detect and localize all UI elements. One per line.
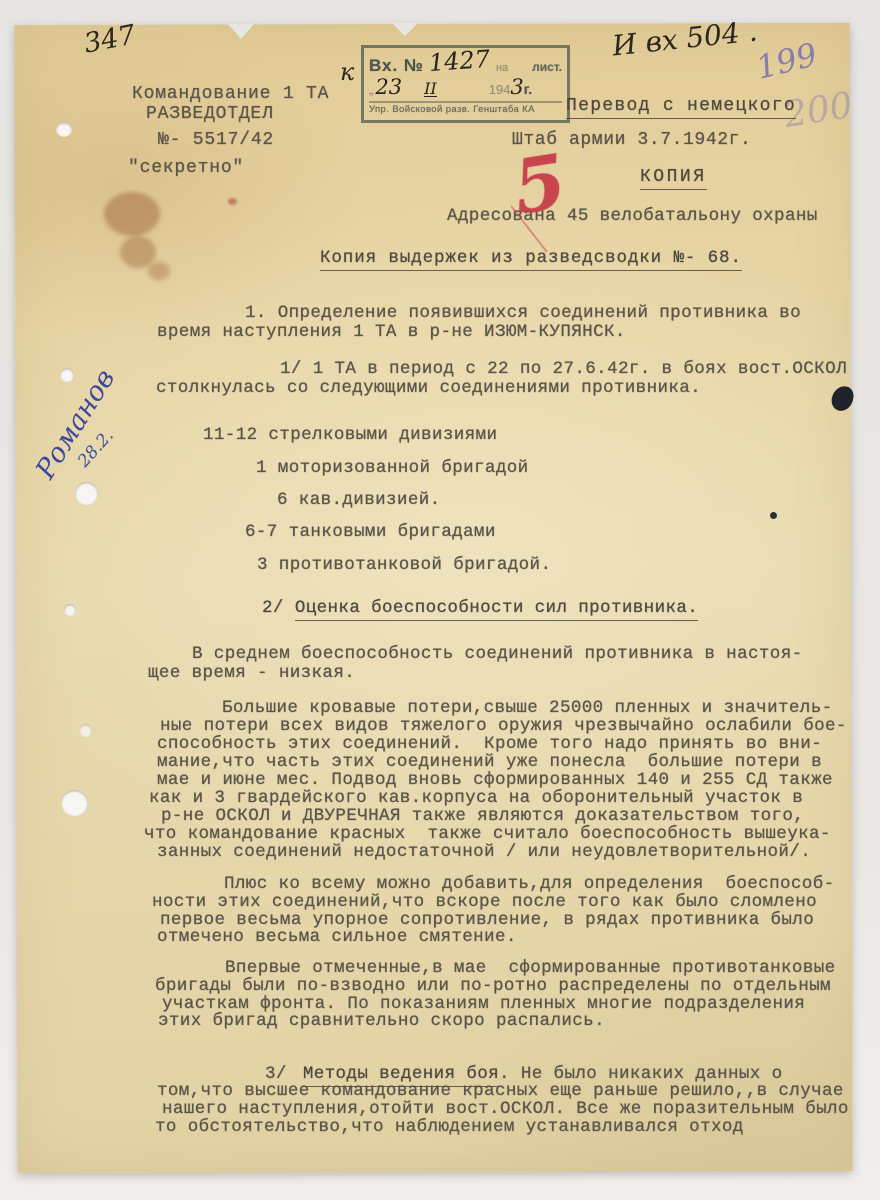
text-line: 1/ 1 ТА в период с 22 по 27.6.42г. в боя… <box>100 360 847 379</box>
section2-paragraph-4: Впервые отмеченные,в мае сформированные … <box>100 960 836 1031</box>
text-line: ные потери всех видов тяжелого оружия чр… <box>100 717 847 735</box>
text-line: р-не ОСКОЛ и ДВУРЕЧНАЯ также являются до… <box>100 807 847 825</box>
text-line: бригады были по-взводно или по-ротно рас… <box>100 978 836 996</box>
rust-stain <box>120 236 156 268</box>
text-line: нашего наступления,отойти вост.ОСКОЛ. Вс… <box>100 1100 849 1118</box>
stamp-quote: „ <box>369 82 373 97</box>
section2-paragraph-3: Плюс ко всему можно добавить,для определ… <box>100 876 835 947</box>
letterhead-line-secret: "секретно" <box>128 158 244 178</box>
text-line: столкнулась со следующими соединениями п… <box>100 379 847 398</box>
stamp-row-number: Вх. № 1427 на лист. <box>369 49 562 77</box>
stamp-number-handwritten: 1427 <box>428 45 491 77</box>
text-line: мае и июне мес. Подвод вновь сформирован… <box>100 771 847 789</box>
stamp-org-line: Упр. Войсковой разв. Генштаба КА <box>369 101 562 115</box>
punch-hole <box>75 482 98 505</box>
copy-label: КОПИЯ <box>640 167 707 190</box>
stamp-list-label: лист. <box>532 60 562 74</box>
letterhead-line-command: Командование 1 ТА <box>132 84 329 104</box>
text-line: мание,что часть этих соединений уже поне… <box>100 753 847 771</box>
ink-dot <box>770 512 777 519</box>
scanned-page-background: 347 И вх 504 . 199 200 к Вх. № 1427 на л… <box>0 0 880 1200</box>
text-line: Большие кровавые потери,свыше 25000 плен… <box>100 699 847 717</box>
enemy-forces-list-item: 1 моторизованной бригадой <box>256 458 529 478</box>
section3-paragraph: том,что высшее командование красных еще … <box>100 1082 849 1137</box>
addressee-line: Адресована 45 велобатальону охраны <box>447 206 818 226</box>
section1-heading: 1. Определение появившихся соединений пр… <box>100 304 801 342</box>
enemy-forces-list-item: 6-7 танковыми бригадами <box>245 522 496 542</box>
text-line: как и 3 гвардейского кав.корпуса на обор… <box>100 789 847 807</box>
section2-paragraph-1: В среднем боеспособность соединений прот… <box>100 645 803 682</box>
text-line: занных соединений недостаточной / или не… <box>100 843 847 861</box>
incoming-registration-stamp: Вх. № 1427 на лист. „ 23 II 194 3 г. Упр… <box>361 45 570 123</box>
enemy-forces-list-item: 3 противотанковой бригадой. <box>257 555 551 575</box>
stamp-day-handwritten: 23 <box>375 75 402 99</box>
section2-heading-text: Оценка боеспособности сил противника. <box>295 598 698 621</box>
paper-tear-notch <box>228 24 254 39</box>
paper-defect <box>56 122 72 137</box>
red-dot-stain <box>228 198 237 205</box>
text-line: этих бригад сравнительно скоро распались… <box>100 1013 836 1031</box>
enemy-forces-list-item: 11-12 стрелковыми дивизиями <box>203 425 497 445</box>
paper-defect <box>64 604 76 616</box>
text-line: время наступления 1 ТА в р-не ИЗЮМ-КУПЯН… <box>100 323 801 342</box>
section1-paragraph: 1/ 1 ТА в период с 22 по 27.6.42г. в боя… <box>100 360 847 397</box>
handwritten-margin-letter: к <box>340 58 354 86</box>
stamp-year-digit-handwritten: 3 <box>510 75 523 99</box>
letterhead-line-department: РАЗВЕДОТДЕЛ <box>146 104 274 124</box>
rust-stain <box>104 192 160 236</box>
text-line: то обстоятельство,что наблюдением устана… <box>100 1118 849 1136</box>
stamp-year-g: г. <box>524 81 532 97</box>
section2-paragraph-2: Большие кровавые потери,свыше 25000 плен… <box>100 699 847 861</box>
punch-hole <box>61 790 88 816</box>
stamp-month-handwritten: II <box>424 82 437 97</box>
document-title: Копия выдержек из разведсводки №- 68. <box>320 248 742 271</box>
text-line: 1. Определение появившихся соединений пр… <box>100 304 801 323</box>
paper-defect <box>60 368 74 382</box>
text-line: что командование красных также считало б… <box>100 825 847 843</box>
text-line: том,что высшее командование красных еще … <box>100 1082 849 1100</box>
enemy-forces-list-item: 6 кав.дивизией. <box>277 490 441 510</box>
text-line: отмечено весьма сильное смятение. <box>100 929 835 947</box>
stamp-row-date: „ 23 II 194 3 г. <box>369 75 562 99</box>
paper-defect <box>79 724 92 737</box>
rust-stain <box>148 262 170 280</box>
translation-note: Перевод с немецкого <box>566 96 796 119</box>
section2-number: 2/ <box>262 598 284 618</box>
stamp-na-label: на <box>496 62 508 74</box>
stamp-vh-label: Вх. № <box>369 56 424 76</box>
section2-heading: 2/Оценка боеспособности сил противника. <box>262 598 698 618</box>
text-line: ности этих соединений,что вскоре после т… <box>100 894 835 912</box>
text-line: способность этих соединений. Кроме того … <box>100 735 847 753</box>
text-line: В среднем боеспособность соединений прот… <box>100 645 803 664</box>
paper-tear-notch <box>392 23 418 36</box>
stamp-year-printed: 194 <box>489 82 511 97</box>
letterhead-line-number: №- 5517/42 <box>158 130 274 150</box>
text-line: щее время - низкая. <box>100 664 803 683</box>
